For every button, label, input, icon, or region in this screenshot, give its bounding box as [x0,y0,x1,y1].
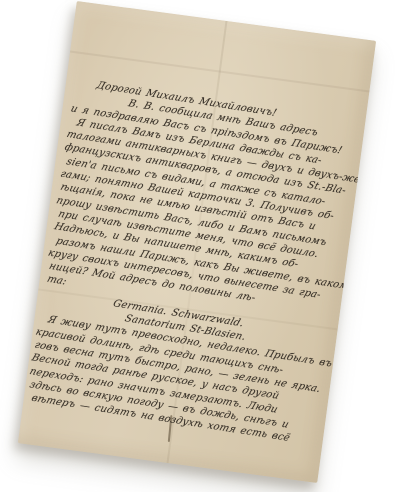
letter-paper: Дорогой Михаилъ Михайловичъ!В. В. сообщи… [18,1,376,483]
photo-background: Дорогой Михаилъ Михайловичъ!В. В. сообщи… [0,0,410,492]
letter-text: Дорогой Михаилъ Михайловичъ!В. В. сообщи… [22,75,366,449]
